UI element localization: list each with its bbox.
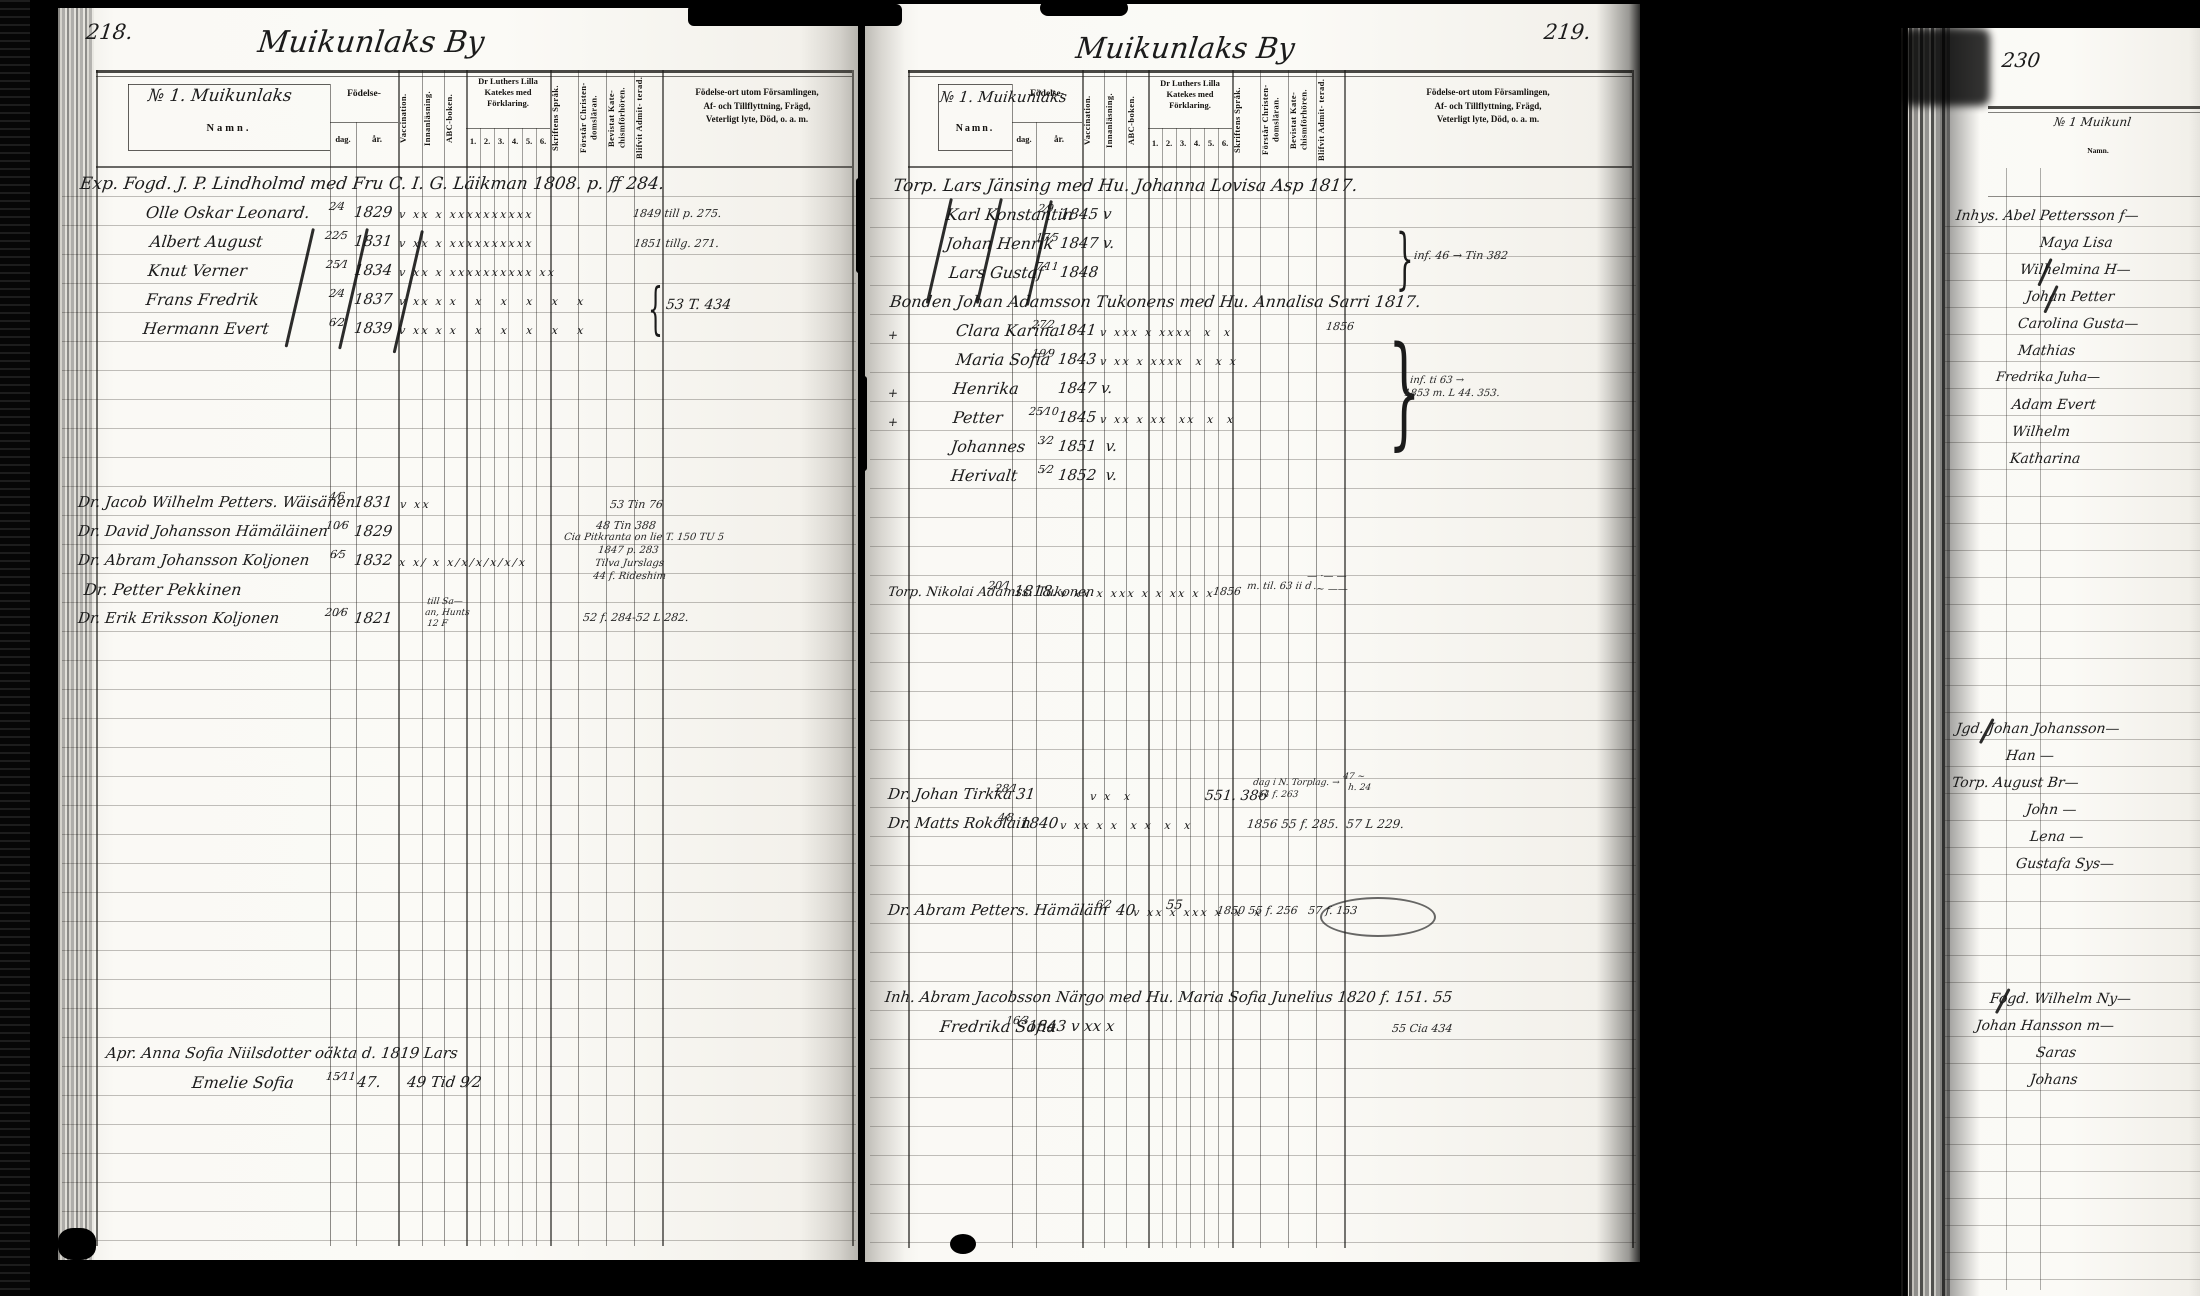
handwritten-entry: 1847 v.: [1059, 236, 1115, 251]
handwritten-entry: 1851 tillg. 271.: [633, 238, 719, 249]
handwritten-entry: Cia Pitkranta on lie T. 150 TU 5: [563, 533, 724, 543]
handwritten-entry: 1856: [1325, 321, 1354, 332]
handwritten-entry: Albert August: [149, 234, 264, 250]
bottom-gutter-blob: [950, 1234, 976, 1254]
handwritten-entry: Hermann Evert: [142, 321, 270, 337]
top-edge-blob-2: [1040, 0, 1128, 16]
handwritten-entry: 53 T. 434: [665, 298, 732, 312]
handwritten-entry: inf. 46 → Tin 382: [1413, 250, 1508, 261]
handwritten-entry: Adam Evert: [2011, 398, 2097, 412]
handwritten-entry: 1848: [1059, 265, 1099, 280]
handwritten-entry: till Sa—: [426, 598, 463, 607]
handwritten-entry: Gustafa Sys—: [2015, 857, 2115, 871]
handwritten-entry: Tilva Jurslags: [594, 559, 664, 569]
handwritten-entry: +: [887, 416, 899, 428]
handwritten-entry: Torp. Lars Jänsing med Hu. Johanna Lovis…: [892, 178, 1359, 195]
handwritten-entry: Karl Konstantin: [945, 207, 1074, 223]
handwritten-entry: Dr. David Johansson Hämäläinen: [77, 524, 329, 539]
handwritten-entry: 17⁄5: [1035, 232, 1059, 243]
handwritten-entry: Saras: [2035, 1046, 2077, 1060]
handwritten-entry: Wilhelmina H—: [2019, 263, 2131, 277]
handwritten-entry: Torp. August Br—: [1951, 776, 2079, 790]
handwritten-entry: 3⁄2: [1037, 435, 1054, 446]
handwritten-entry: an, Hunts: [424, 609, 470, 618]
handwritten-entry: 1849 till p. 275.: [632, 208, 722, 219]
handwritten-entry: v xxx x xxxx x x: [1099, 327, 1233, 338]
handwritten-entry: 1829: [353, 205, 393, 220]
handwritten-entry: v xx: [399, 499, 431, 510]
handwritten-entry: 1821: [353, 611, 393, 626]
handwritten-entry: Lars Gustaf: [948, 265, 1044, 281]
handwritten-entry: Johan Hansson m—: [1975, 1019, 2115, 1033]
handwritten-entry: Henrika: [952, 381, 1020, 397]
handwritten-entry: 20⁄1: [987, 580, 1011, 591]
handwritten-entry: Bonden Johan Adamsson Tukonens med Hu. A…: [889, 294, 1422, 310]
handwritten-entry: Petter: [952, 410, 1003, 426]
handwritten-entry: m. til. 63 ii d: [1246, 582, 1312, 592]
handwritten-entry: inf. ti 63 →: [1409, 376, 1464, 386]
gutter-ink-blob-3: [860, 376, 867, 471]
handwritten-entry: 22⁄5: [324, 230, 348, 241]
handwritten-entry: 31: [1015, 787, 1036, 802]
handwritten-entry: 1840: [1019, 816, 1059, 831]
handwritten-entry: 1843 v xx x: [1027, 1019, 1115, 1034]
handwritten-entry: 6⁄2: [1095, 899, 1112, 910]
partial-corner-blob: [1902, 28, 1990, 106]
handwritten-entry: Mathias: [2017, 344, 2076, 358]
handwritten-entry: Dr. Abram Johansson Koljonen: [77, 553, 310, 568]
handwritten-entry: Dr. Jacob Wilhelm Petters. Wäisänen: [77, 495, 356, 510]
handwritten-entry: 55 Cia 434: [1391, 1023, 1453, 1034]
handwritten-entry: 1845: [1057, 410, 1097, 425]
handwritten-entry: h. 24: [1347, 784, 1371, 793]
handwritten-entry: — ·— —: [1306, 572, 1347, 582]
handwritten-entry: 28⁄1: [994, 783, 1018, 794]
handwritten-entry: 4⁄6: [328, 491, 345, 502]
handwritten-entry: 1829: [353, 524, 393, 539]
gutter-ink-blob-1: [856, 178, 863, 273]
handwritten-entry: Herivalt: [950, 468, 1018, 484]
handwritten-entry: 16⁄3: [1005, 1015, 1029, 1026]
handwritten-entry: Jgd. Johan Johansson—: [1955, 722, 2120, 736]
handwritten-entry: Lena —: [2029, 830, 2084, 844]
handwritten-entry: 1845 v: [1059, 207, 1112, 222]
handwritten-entry: Knut Verner: [147, 263, 248, 279]
gutter-ink-blob-2: [858, 285, 864, 365]
handwritten-entry: 1832: [353, 553, 393, 568]
brace-mark: }: [1396, 226, 1414, 292]
handwritten-entry: 2⁄4: [328, 288, 345, 299]
handwritten-entry: Inh. Abram Jacobsson Närgo med Hu. Maria…: [884, 990, 1453, 1005]
handwritten-entry: v xx x x x x x x x: [398, 325, 586, 336]
handwritten-entry: Frans Fredrik: [145, 292, 260, 308]
handwritten-entry: 15⁄11: [325, 1071, 356, 1082]
handwritten-entry: 1851 v.: [1057, 439, 1118, 454]
handwritten-entry: 27⁄2: [1031, 319, 1055, 330]
handwritten-entry: v x x: [1089, 791, 1133, 802]
handwritten-entry: Inhys. Abel Pettersson f—: [1955, 209, 2139, 223]
handwritten-entry: 47.: [356, 1075, 382, 1090]
handwritten-entry: v xx x xx xx x x: [1099, 414, 1236, 425]
village-title-right: Muikunlaks By: [1074, 34, 1296, 63]
handwritten-entry: Johannes: [950, 439, 1026, 455]
handwritten-entry: 44 f. Rideshim: [592, 572, 666, 582]
handwritten-entry: John —: [2025, 803, 2077, 817]
handwritten-entry: 1831: [353, 234, 393, 249]
handwritten-entry: Dr. Erik Eriksson Koljonen: [77, 611, 280, 626]
brace-mark: {: [648, 282, 663, 338]
handwritten-entry: +: [887, 329, 899, 341]
village-title-left: Muikunlaks By: [256, 28, 486, 58]
handwritten-entry: Exp. Fogd. J. P. Lindholmd med Fru C. I.…: [79, 176, 665, 193]
household-number-left: № 1. Muikunlaks: [147, 88, 293, 105]
handwritten-entry: Wilhelm: [2011, 425, 2071, 439]
handwritten-entry: Katharina: [2009, 452, 2081, 466]
handwritten-entry: v xx x xxxxxxxxxx: [398, 209, 534, 220]
handwritten-entry: 54 f. 263: [1257, 791, 1298, 800]
handwriting-layer: Exp. Fogd. J. P. Lindholmd med Fru C. I.…: [0, 0, 2200, 1296]
handwritten-entry: Fogd. Wilhelm Ny—: [1989, 992, 2132, 1006]
handwritten-entry: 7⁄11: [1035, 261, 1059, 272]
handwritten-entry: 1841: [1057, 323, 1097, 338]
handwritten-entry: dag i N. Torplag. →: [1252, 779, 1340, 788]
handwritten-entry: 53 Tin 76: [609, 499, 663, 510]
handwritten-entry: Dr. Abram Petters. Hämäläin: [887, 903, 1108, 918]
handwritten-entry: 48 Tin 388: [595, 520, 656, 531]
scribble-oval: [1320, 897, 1436, 937]
page-number-left: 218.: [85, 22, 134, 43]
handwritten-entry: 1837: [353, 292, 393, 307]
handwritten-entry: Apr. Anna Sofia Niilsdotter oäkta d. 181…: [105, 1046, 459, 1061]
handwritten-entry: 1853 m. L 44. 353.: [1403, 389, 1500, 399]
handwritten-entry: 2⁄4: [328, 201, 345, 212]
handwritten-entry: Johan Petter: [2025, 290, 2115, 304]
page-number-right: 219.: [1543, 22, 1592, 43]
handwritten-entry: 1856: [1212, 586, 1241, 597]
handwritten-entry: v xx x xxx x x xx x x: [1059, 588, 1215, 599]
handwritten-entry: 1831: [353, 495, 393, 510]
handwritten-entry: 1839: [353, 321, 393, 336]
handwritten-entry: v xx x x x x x x x: [398, 296, 586, 307]
handwritten-entry: 1852 v.: [1057, 468, 1118, 483]
handwritten-entry: 6⁄5: [329, 549, 346, 560]
handwritten-entry: Fredrika Juha—: [1995, 371, 2101, 384]
household-number-right: № 1. Muikunlaks: [939, 90, 1068, 105]
handwritten-entry: Emelie Sofia: [191, 1075, 295, 1091]
handwritten-entry: Olle Oskar Leonard.: [145, 205, 311, 221]
handwritten-entry: 49 Tid 9⁄2: [406, 1075, 482, 1090]
handwritten-entry: Han —: [2005, 749, 2055, 763]
handwritten-entry: 1818.: [1013, 584, 1058, 599]
handwritten-entry: 5⁄2: [1037, 464, 1054, 475]
handwritten-entry: 25⁄1: [325, 259, 349, 270]
handwritten-entry: 1843: [1057, 352, 1097, 367]
strike-mark: [285, 228, 315, 348]
handwritten-entry: 47 ~: [1342, 773, 1365, 782]
handwritten-entry: 1856 55 f. 285. 57 L 229.: [1246, 818, 1404, 830]
handwritten-entry: 12 F: [426, 620, 448, 629]
handwritten-entry: 19⁄9: [1031, 348, 1055, 359]
handwritten-entry: Maya Lisa: [2039, 236, 2113, 250]
handwritten-entry: Dr. Petter Pekkinen: [83, 582, 243, 598]
film-edge-strip: [0, 0, 30, 1296]
handwritten-entry: 20⁄6: [324, 607, 348, 618]
handwritten-entry: v xx x xxxxxxxxxx xx: [398, 267, 557, 278]
handwritten-entry: 10⁄6: [325, 520, 349, 531]
handwritten-entry: v xx x x x x x x: [1059, 820, 1193, 831]
handwritten-entry: 52 f. 284-52 L 282.: [582, 612, 689, 623]
handwritten-entry: ·~ ——: [1312, 585, 1348, 595]
handwritten-entry: +: [887, 387, 899, 399]
left-corner-blob: [58, 1228, 96, 1260]
scanned-ledger-canvas: 218. Muikunlaks By № 1. Muikunlaks Namn.…: [0, 0, 2200, 1296]
handwritten-entry: 1847 v.: [1057, 381, 1113, 396]
handwritten-entry: Johans: [2029, 1073, 2078, 1087]
top-edge-blob-1: [688, 4, 902, 26]
handwritten-entry: Carolina Gusta—: [2017, 317, 2139, 331]
handwritten-entry: 55: [1165, 899, 1183, 912]
handwritten-entry: 4⁄8: [997, 812, 1014, 823]
household-number-partial: № 1 Muikunl: [2053, 116, 2132, 128]
page-number-partial: 230: [2001, 50, 2042, 70]
handwritten-entry: v xx x xxxx x x x: [1099, 356, 1238, 367]
handwritten-entry: 25⁄10: [1028, 406, 1059, 417]
handwritten-entry: 1847 p. 283: [597, 546, 659, 556]
handwritten-entry: x x/ x x/x/x/x/x/x: [398, 557, 528, 568]
